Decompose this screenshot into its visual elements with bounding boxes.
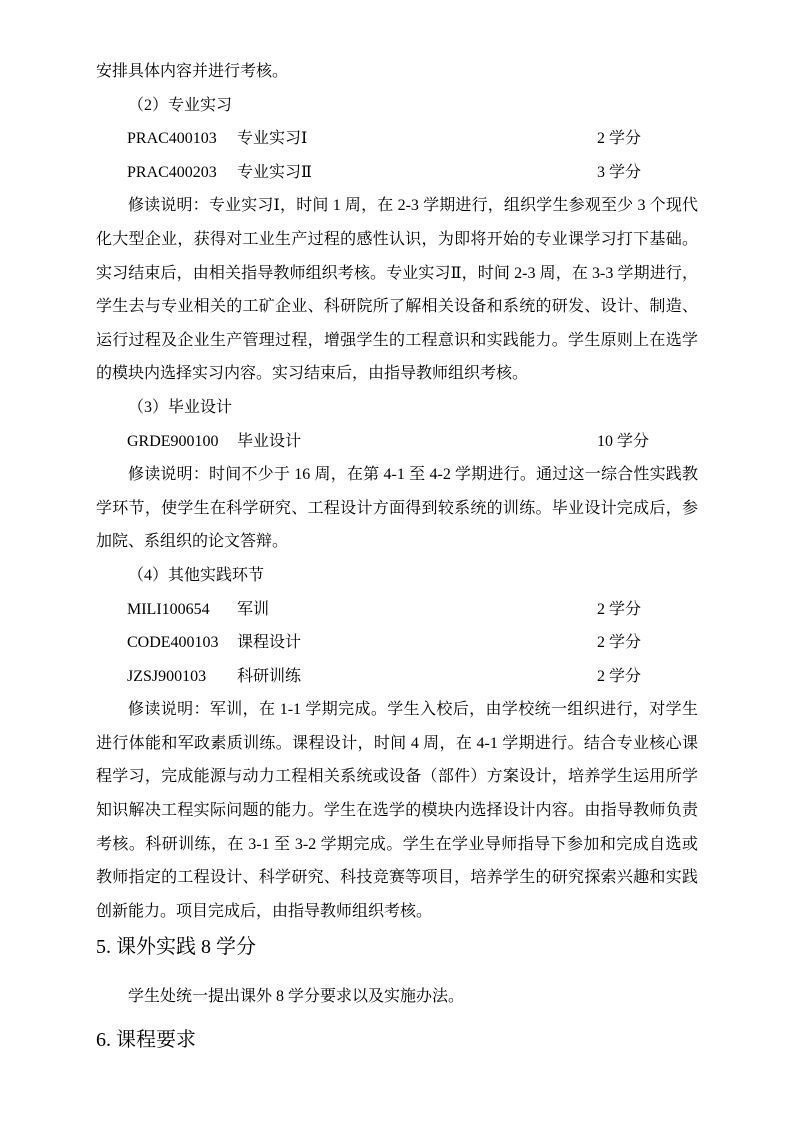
course-name: 专业实习Ⅱ	[237, 156, 312, 190]
document-page: { "colors": { "page_background": "#fffff…	[0, 0, 794, 1123]
subsection-heading-graduation-design: （3）毕业设计	[96, 391, 698, 425]
course-name: 专业实习Ⅰ	[237, 122, 307, 156]
page: 安排具体内容并进行考核。 （2）专业实习 PRAC400103 专业实习Ⅰ 2 …	[0, 0, 794, 1123]
course-code: CODE400103	[127, 626, 219, 660]
paragraph-extracurricular: 学生处统一提出课外 8 学分要求以及实施办法。	[96, 980, 698, 1014]
subsection-heading-professional-practice: （2）专业实习	[96, 89, 698, 123]
note-professional-practice: 修读说明：专业实习Ⅰ，时间 1 周，在 2-3 学期进行，组织学生参观至少 3 …	[96, 189, 698, 391]
course-name: 毕业设计	[237, 425, 301, 459]
course-name: 课程设计	[237, 626, 301, 660]
course-credits: 3 学分	[597, 156, 641, 190]
note-other-practice: 修读说明：军训，在 1-1 学期完成。学生入校后，由学校统一组织进行，对学生进行…	[96, 693, 698, 928]
course-code: PRAC400103	[127, 122, 217, 156]
course-code: GRDE900100	[127, 425, 219, 459]
heading-extracurricular-practice: 5. 课外实践 8 学分	[96, 932, 698, 962]
course-code: JZSJ900103	[127, 660, 206, 694]
course-row: MILI100654 军训 2 学分	[96, 593, 698, 627]
course-name: 科研训练	[237, 660, 301, 694]
course-row: PRAC400203 专业实习Ⅱ 3 学分	[96, 156, 698, 190]
course-credits: 2 学分	[597, 626, 641, 660]
course-name: 军训	[237, 593, 269, 627]
heading-course-requirements: 6. 课程要求	[96, 1025, 698, 1055]
course-credits: 2 学分	[597, 593, 641, 627]
course-row: PRAC400103 专业实习Ⅰ 2 学分	[96, 122, 698, 156]
course-credits: 2 学分	[597, 122, 641, 156]
course-row: CODE400103 课程设计 2 学分	[96, 626, 698, 660]
course-code: PRAC400203	[127, 156, 217, 190]
course-credits: 10 学分	[597, 425, 649, 459]
course-row: GRDE900100 毕业设计 10 学分	[96, 425, 698, 459]
course-row: JZSJ900103 科研训练 2 学分	[96, 660, 698, 694]
course-credits: 2 学分	[597, 660, 641, 694]
subsection-heading-other-practice: （4）其他实践环节	[96, 559, 698, 593]
note-graduation-design: 修读说明：时间不少于 16 周，在第 4-1 至 4-2 学期进行。通过这一综合…	[96, 458, 698, 559]
paragraph-continuation: 安排具体内容并进行考核。	[96, 55, 698, 89]
course-code: MILI100654	[127, 593, 210, 627]
